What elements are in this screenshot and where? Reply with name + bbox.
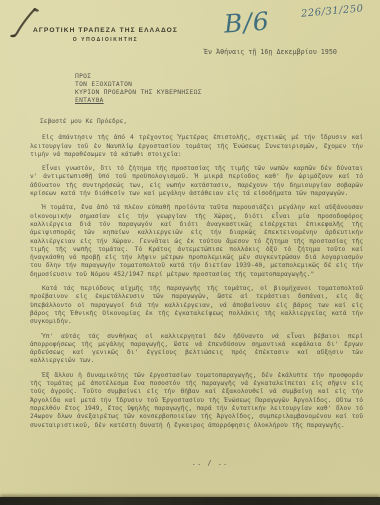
recipient-line-pros: ΠΡΟΣ [75, 73, 202, 81]
handwritten-file-mark: Β/6 [223, 6, 271, 38]
dateline: Ἐν Ἀθήναις τῇ 16ῃ Δεκεμβρίου 1950 [204, 48, 337, 56]
recipient-block: ΠΡΟΣ ΤΟΝ ΕΞΟΧΩΤΑΤΟΝ ΚΥΡΙΟΝ ΠΡΟΕΔΡΟΝ ΤΗΣ … [75, 73, 202, 105]
letterhead-organization: ΑΓΡΟΤΙΚΗ ΤΡΑΠΕΖΑ ΤΗΣ ΕΛΛΑΔΟΣ [33, 27, 178, 34]
letter-body: Σεβαστέ μου Κε Πρόεδρε, Εἰς ἀπάντησιν τῆ… [30, 118, 363, 436]
paragraph: Ὑπ' αὐτάς τάς συνθήκας οἱ καλλιεργηταί δ… [30, 333, 363, 366]
paragraph: Εἶναι γνωστόν, ὅτι τό ζήτημα τῆς προστασ… [30, 165, 363, 198]
recipient-line-entautha: ΕΝΤΑΥΘΑ [75, 97, 202, 105]
scan-edge-shadow [0, 497, 380, 505]
continuation-mark: .. / .. [150, 459, 270, 467]
paragraph: Ἡ τομάτα, ἕνα ἀπό τά πλέον εὐπαθῆ προϊόν… [30, 204, 363, 279]
letterhead: ΑΓΡΟΤΙΚΗ ΤΡΑΠΕΖΑ ΤΗΣ ΕΛΛΑΔΟΣ Ο ΥΠΟΔΙΟΙΚΗ… [33, 27, 178, 43]
paragraph: Κατά τάς περιόδους αἰχμῆς τῆς παραγωγῆς … [30, 285, 363, 326]
recipient-line-honorific: ΤΟΝ ΕΞΟΧΩΤΑΤΟΝ [75, 81, 202, 89]
salutation: Σεβαστέ μου Κε Πρόεδρε, [40, 118, 363, 126]
paragraph: Ἐξ ἄλλου ἡ δυναμικότης τῶν ἐργοστασίων τ… [30, 372, 363, 430]
letterhead-office-title: Ο ΥΠΟΔΙΟΙΚΗΤΗΣ [33, 37, 178, 43]
scanned-letter-page: ΑΓΡΟΤΙΚΗ ΤΡΑΠΕΖΑ ΤΗΣ ΕΛΛΑΔΟΣ Ο ΥΠΟΔΙΟΙΚΗ… [0, 0, 380, 505]
recipient-line-president: ΚΥΡΙΟΝ ΠΡΟΕΔΡΟΝ ΤΗΣ ΚΥΒΕΡΝΗΣΕΩΣ [75, 89, 202, 97]
paragraph: Εἰς ἀπάντησιν τῆς ἀπό 4 τρέχοντος Ὑμετέρ… [30, 134, 363, 159]
